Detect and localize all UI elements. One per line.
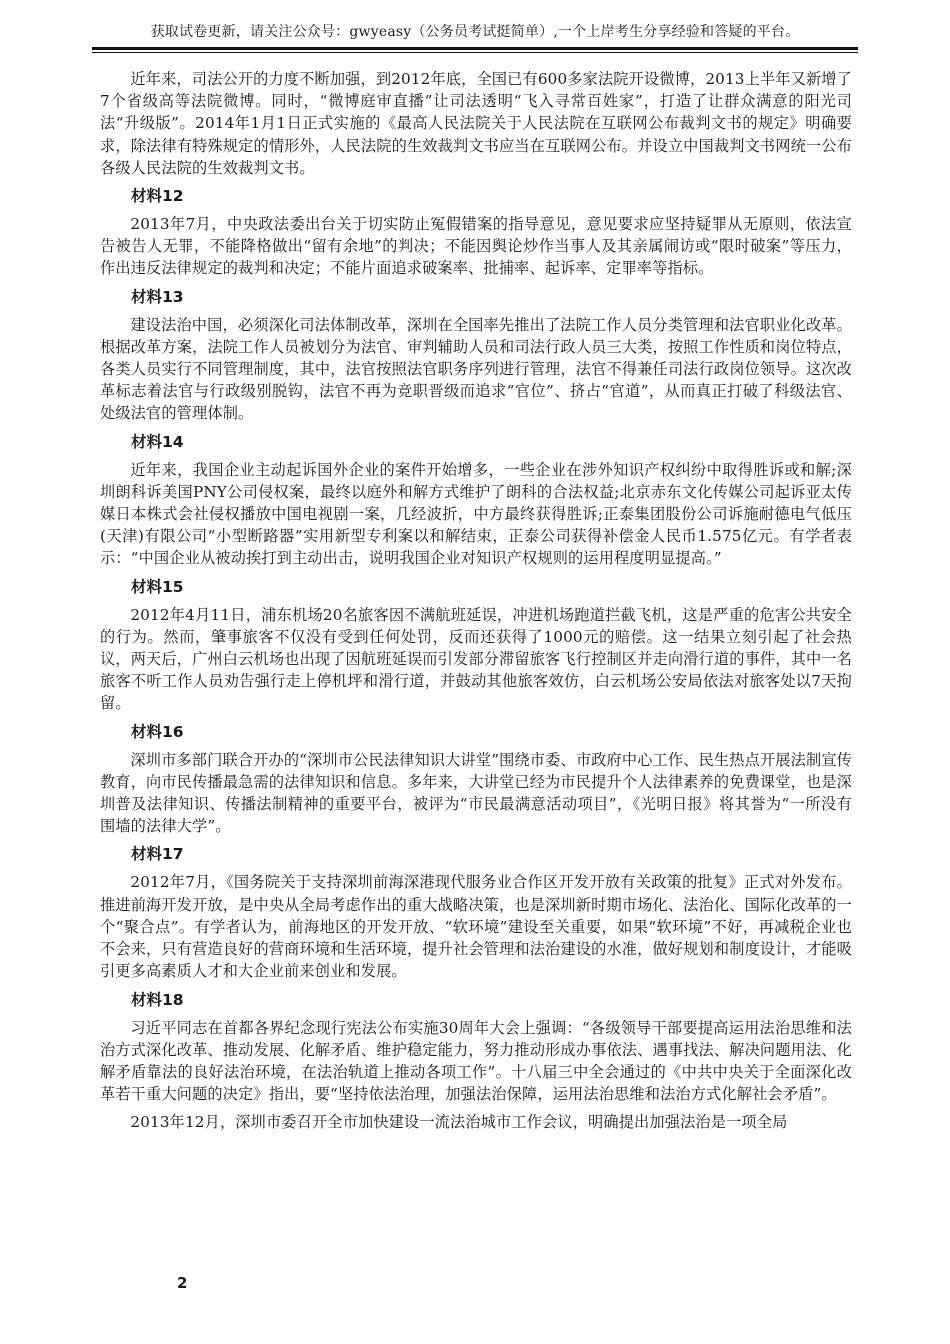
material-16: 材料16 深圳市多部门联合开办的“深圳市公民法律知识大讲堂”围绕市委、市政府中心… — [100, 721, 852, 838]
section-heading: 材料17 — [100, 843, 852, 865]
section-heading: 材料14 — [100, 431, 852, 453]
paragraph: 建设法治中国，必须深化司法体制改革，深圳在全国率先推出了法院工作人员分类管理和法… — [100, 314, 852, 425]
page-number: 2 — [177, 1274, 187, 1292]
material-11-continued: 近年来，司法公开的力度不断加强，到2012年底，全国已有600多家法院开设微博，… — [100, 68, 852, 179]
header-rule-thin — [92, 52, 858, 53]
paragraph: 习近平同志在首都各界纪念现行宪法公布实施30周年大会上强调：“各级领导干部要提高… — [100, 1017, 852, 1106]
document-body: 近年来，司法公开的力度不断加强，到2012年底，全国已有600多家法院开设微博，… — [100, 68, 852, 1134]
section-heading: 材料15 — [100, 576, 852, 598]
paragraph: 2013年12月，深圳市委召开全市加快建设一流法治城市工作会议，明确提出加强法治… — [100, 1111, 852, 1133]
paragraph: 深圳市多部门联合开办的“深圳市公民法律知识大讲堂”围绕市委、市政府中心工作、民生… — [100, 749, 852, 838]
paragraph: 近年来，司法公开的力度不断加强，到2012年底，全国已有600多家法院开设微博，… — [100, 68, 852, 179]
material-12: 材料12 2013年7月，中央政法委出台关于切实防止冤假错案的指导意见，意见要求… — [100, 185, 852, 280]
header-double-rule — [92, 47, 858, 53]
section-heading: 材料16 — [100, 721, 852, 743]
paragraph: 近年来，我国企业主动起诉国外企业的案件开始增多，一些企业在涉外知识产权纠纷中取得… — [100, 459, 852, 570]
material-18: 材料18 习近平同志在首都各界纪念现行宪法公布实施30周年大会上强调：“各级领导… — [100, 989, 852, 1134]
section-heading: 材料13 — [100, 286, 852, 308]
material-14: 材料14 近年来，我国企业主动起诉国外企业的案件开始增多，一些企业在涉外知识产权… — [100, 431, 852, 570]
page-header: 获取试卷更新，请关注公众号：gwyeasy（公务员考试挺简单）,一个上岸考生分享… — [92, 22, 858, 42]
section-heading: 材料18 — [100, 989, 852, 1011]
header-rule-thick — [92, 47, 858, 50]
material-17: 材料17 2012年7月，《国务院关于支持深圳前海深港现代服务业合作区开发开放有… — [100, 843, 852, 982]
material-13: 材料13 建设法治中国，必须深化司法体制改革，深圳在全国率先推出了法院工作人员分… — [100, 286, 852, 425]
paragraph: 2013年7月，中央政法委出台关于切实防止冤假错案的指导意见，意见要求应坚持疑罪… — [100, 213, 852, 280]
section-heading: 材料12 — [100, 185, 852, 207]
paragraph: 2012年7月，《国务院关于支持深圳前海深港现代服务业合作区开发开放有关政策的批… — [100, 871, 852, 982]
material-15: 材料15 2012年4月11日，浦东机场20名旅客因不满航班延误，冲进机场跑道拦… — [100, 576, 852, 715]
paragraph: 2012年4月11日，浦东机场20名旅客因不满航班延误，冲进机场跑道拦截飞机，这… — [100, 604, 852, 715]
